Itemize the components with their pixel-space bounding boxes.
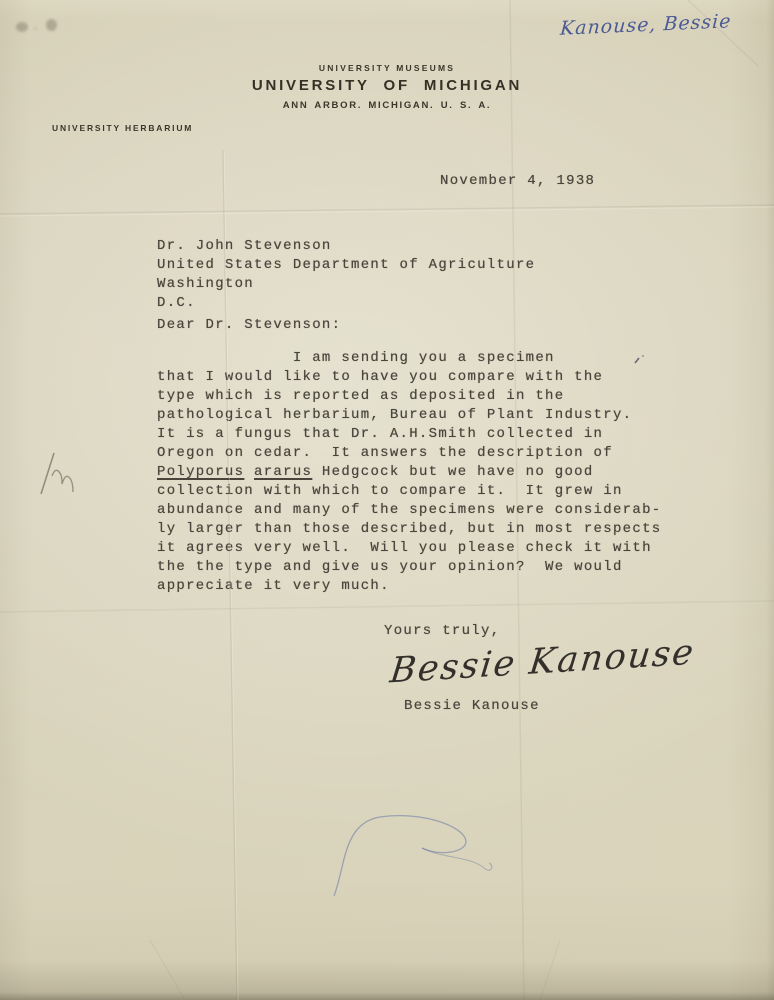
letter-page: Kanouse, Bessie UNIVERSITY MUSEUMS UNIVE… — [0, 0, 774, 1000]
letterhead-department: UNIVERSITY HERBARIUM — [52, 123, 193, 133]
body-line: that I would like to have you compare wi… — [157, 368, 661, 387]
body-line: Polyporus ararus Hedgcock but we have no… — [157, 463, 661, 482]
recipient-line: United States Department of Agriculture — [157, 256, 535, 275]
body-line: collection with which to compare it. It … — [157, 482, 661, 501]
pencil-smudge — [34, 27, 37, 30]
body-line: abundance and many of the specimens were… — [157, 501, 661, 520]
letterhead-museums: UNIVERSITY MUSEUMS — [0, 63, 774, 73]
body-line: It is a fungus that Dr. A.H.Smith collec… — [157, 425, 661, 444]
recipient-address: Dr. John Stevenson United States Departm… — [157, 237, 535, 313]
body-line: type which is reported as deposited in t… — [157, 387, 661, 406]
pencil-smudge — [46, 19, 57, 31]
body-line: Oregon on cedar. It answers the descript… — [157, 444, 661, 463]
pen-scribble — [318, 808, 510, 898]
letterhead-city: ANN ARBOR. MICHIGAN. U. S. A. — [0, 100, 774, 111]
body-line: the the type and give us your opinion? W… — [157, 558, 661, 577]
letter-date: November 4, 1938 — [440, 172, 595, 191]
letter-body: I am sending you a specimen that I would… — [157, 349, 661, 596]
body-line: ly larger than those described, but in m… — [157, 520, 661, 539]
handwritten-filing-note: Kanouse, Bessie — [559, 10, 732, 40]
handwritten-signature: Bessie Kanouse — [388, 633, 697, 692]
body-line: I am sending you a specimen — [157, 349, 661, 368]
salutation: Dear Dr. Stevenson: — [157, 316, 341, 335]
recipient-line: D.C. — [157, 294, 535, 313]
body-line: it agrees very well. Will you please che… — [157, 539, 661, 558]
pencil-margin-mark — [34, 446, 82, 500]
typed-signature: Bessie Kanouse — [404, 697, 540, 716]
closing: Yours truly, — [384, 622, 500, 641]
body-line: pathological herbarium, Bureau of Plant … — [157, 406, 661, 425]
recipient-line: Washington — [157, 275, 535, 294]
letterhead-university: UNIVERSITY OF MICHIGAN — [0, 77, 774, 94]
body-line: appreciate it very much. — [157, 577, 661, 596]
ink-speck — [630, 352, 650, 368]
recipient-line: Dr. John Stevenson — [157, 237, 535, 256]
pencil-smudge — [16, 22, 28, 32]
